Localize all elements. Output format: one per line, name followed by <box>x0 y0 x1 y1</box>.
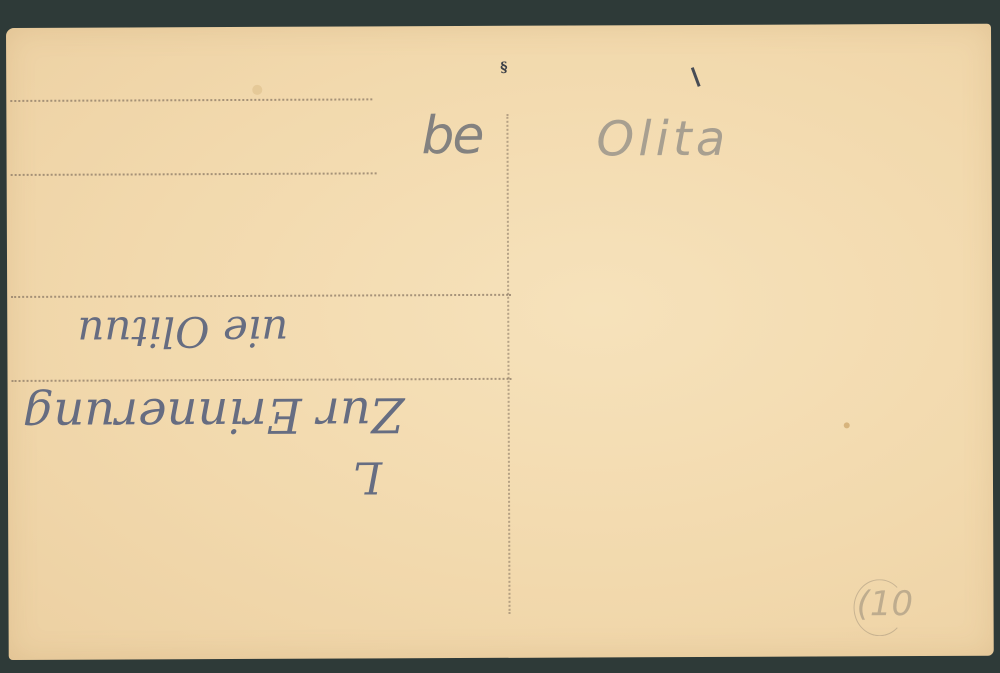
pencil-corner-number: (10 <box>856 584 913 624</box>
address-line-4 <box>12 378 512 382</box>
ink-inscription-line-2: Zur Erinnerung <box>23 386 405 444</box>
address-line-3 <box>11 294 511 298</box>
pencil-note-olita: Olita <box>596 111 729 168</box>
pencil-tick-mark <box>691 67 701 87</box>
paper-stain <box>252 85 262 95</box>
address-line-1 <box>10 98 372 102</box>
postcard-back: § be Olita uie Olituu Zur Erinnerung L (… <box>6 24 994 660</box>
address-line-2 <box>11 172 377 176</box>
ink-inscription-line-3: L <box>353 451 382 502</box>
ink-inscription-line-1: uie Olituu <box>77 307 288 357</box>
paper-stain <box>844 422 850 428</box>
section-mark: § <box>500 60 507 76</box>
pencil-note-be: be <box>421 106 482 166</box>
center-divider <box>506 114 510 614</box>
